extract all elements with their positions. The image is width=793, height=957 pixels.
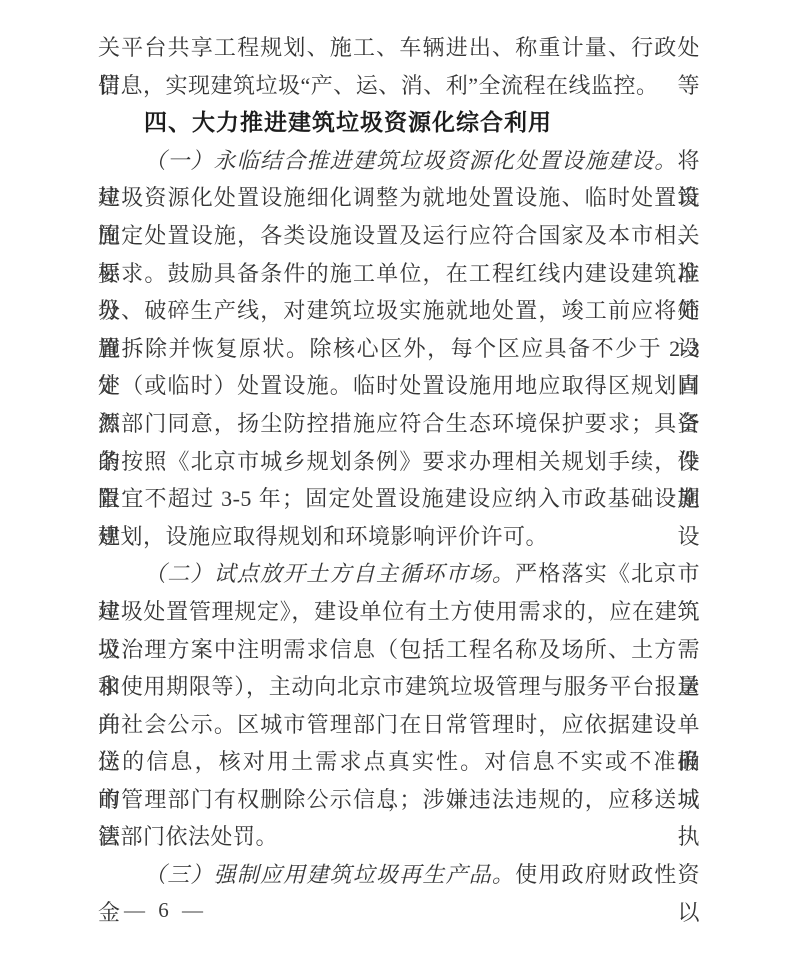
paragraph-lead: （三）强制应用建筑垃圾再生产品。: [144, 862, 515, 887]
text-line: 垃圾处置管理规定》，建设单位有土方使用需求的，应在建筑垃: [98, 593, 700, 631]
document-body: 关平台共享工程规划、施工、车辆进出、称重计量、行政处罚等 信息，实现建筑垃圾“产…: [98, 29, 700, 894]
text-line: 的按照《北京市城乡规划条例》要求办理相关规划手续，设置期: [98, 443, 700, 481]
text-line: 定（或临时）处置设施。临时处置设施用地应取得区规划自然资: [98, 367, 700, 405]
text-line: 信息，实现建筑垃圾“产、运、消、利”全流程在线监控。: [98, 67, 700, 105]
text-line: 固定处置设施，各类设施设置及运行应符合国家及本市相关标准: [98, 217, 700, 255]
text-line: 向社会公示。区城市管理部门在日常管理时，应依据建设单位报: [98, 706, 700, 744]
text-line: 施拆除并恢复原状。除核心区外，每个区应具备不少于 2-3 处固: [98, 330, 700, 368]
text-line: 圾治理方案中注明需求信息（包括工程名称及场所、土方需求量: [98, 631, 700, 669]
text-line: 垃圾资源化处置设施细化调整为就地处置设施、临时处置设施、: [98, 179, 700, 217]
paragraph-first-line: （一）永临结合推进建筑垃圾资源化处置设施建设。将建筑: [98, 142, 700, 180]
text-line: 分、破碎生产线，对建筑垃圾实施就地处置，竣工前应将处置设: [98, 292, 700, 330]
text-line: 关平台共享工程规划、施工、车辆进出、称重计量、行政处罚等: [98, 29, 700, 67]
paragraph-lead: （二）试点放开土方自主循环市场。: [144, 561, 515, 586]
text-line: 限宜不超过 3-5 年；固定处置设施建设应纳入市政基础设施建设: [98, 480, 700, 518]
text-line: 源部门同意，扬尘防控措施应符合生态环境保护要求；具备条件: [98, 405, 700, 443]
paragraph-first-line: （二）试点放开土方自主循环市场。严格落实《北京市建筑: [98, 555, 700, 593]
page-number: — 6 —: [124, 898, 207, 923]
text-line: 要求。鼓励具备条件的施工单位，在工程红线内建设建筑垃圾筛: [98, 255, 700, 293]
section-heading: 四、大力推进建筑垃圾资源化综合利用: [98, 104, 700, 142]
paragraph-lead: （一）永临结合推进建筑垃圾资源化处置设施建设。: [144, 148, 677, 173]
paragraph-first-line: （三）强制应用建筑垃圾再生产品。使用政府财政性资金以: [98, 856, 700, 894]
text-line: 和使用期限等），主动向北京市建筑垃圾管理与服务平台报送并: [98, 668, 700, 706]
text-line: 市管理部门有权删除公示信息；涉嫌违法违规的，应移送城管执: [98, 781, 700, 819]
scanned-document-page: 关平台共享工程规划、施工、车辆进出、称重计量、行政处罚等 信息，实现建筑垃圾“产…: [0, 0, 793, 957]
text-line: 送的信息，核对用土需求点真实性。对信息不实或不准确的，城: [98, 743, 700, 781]
